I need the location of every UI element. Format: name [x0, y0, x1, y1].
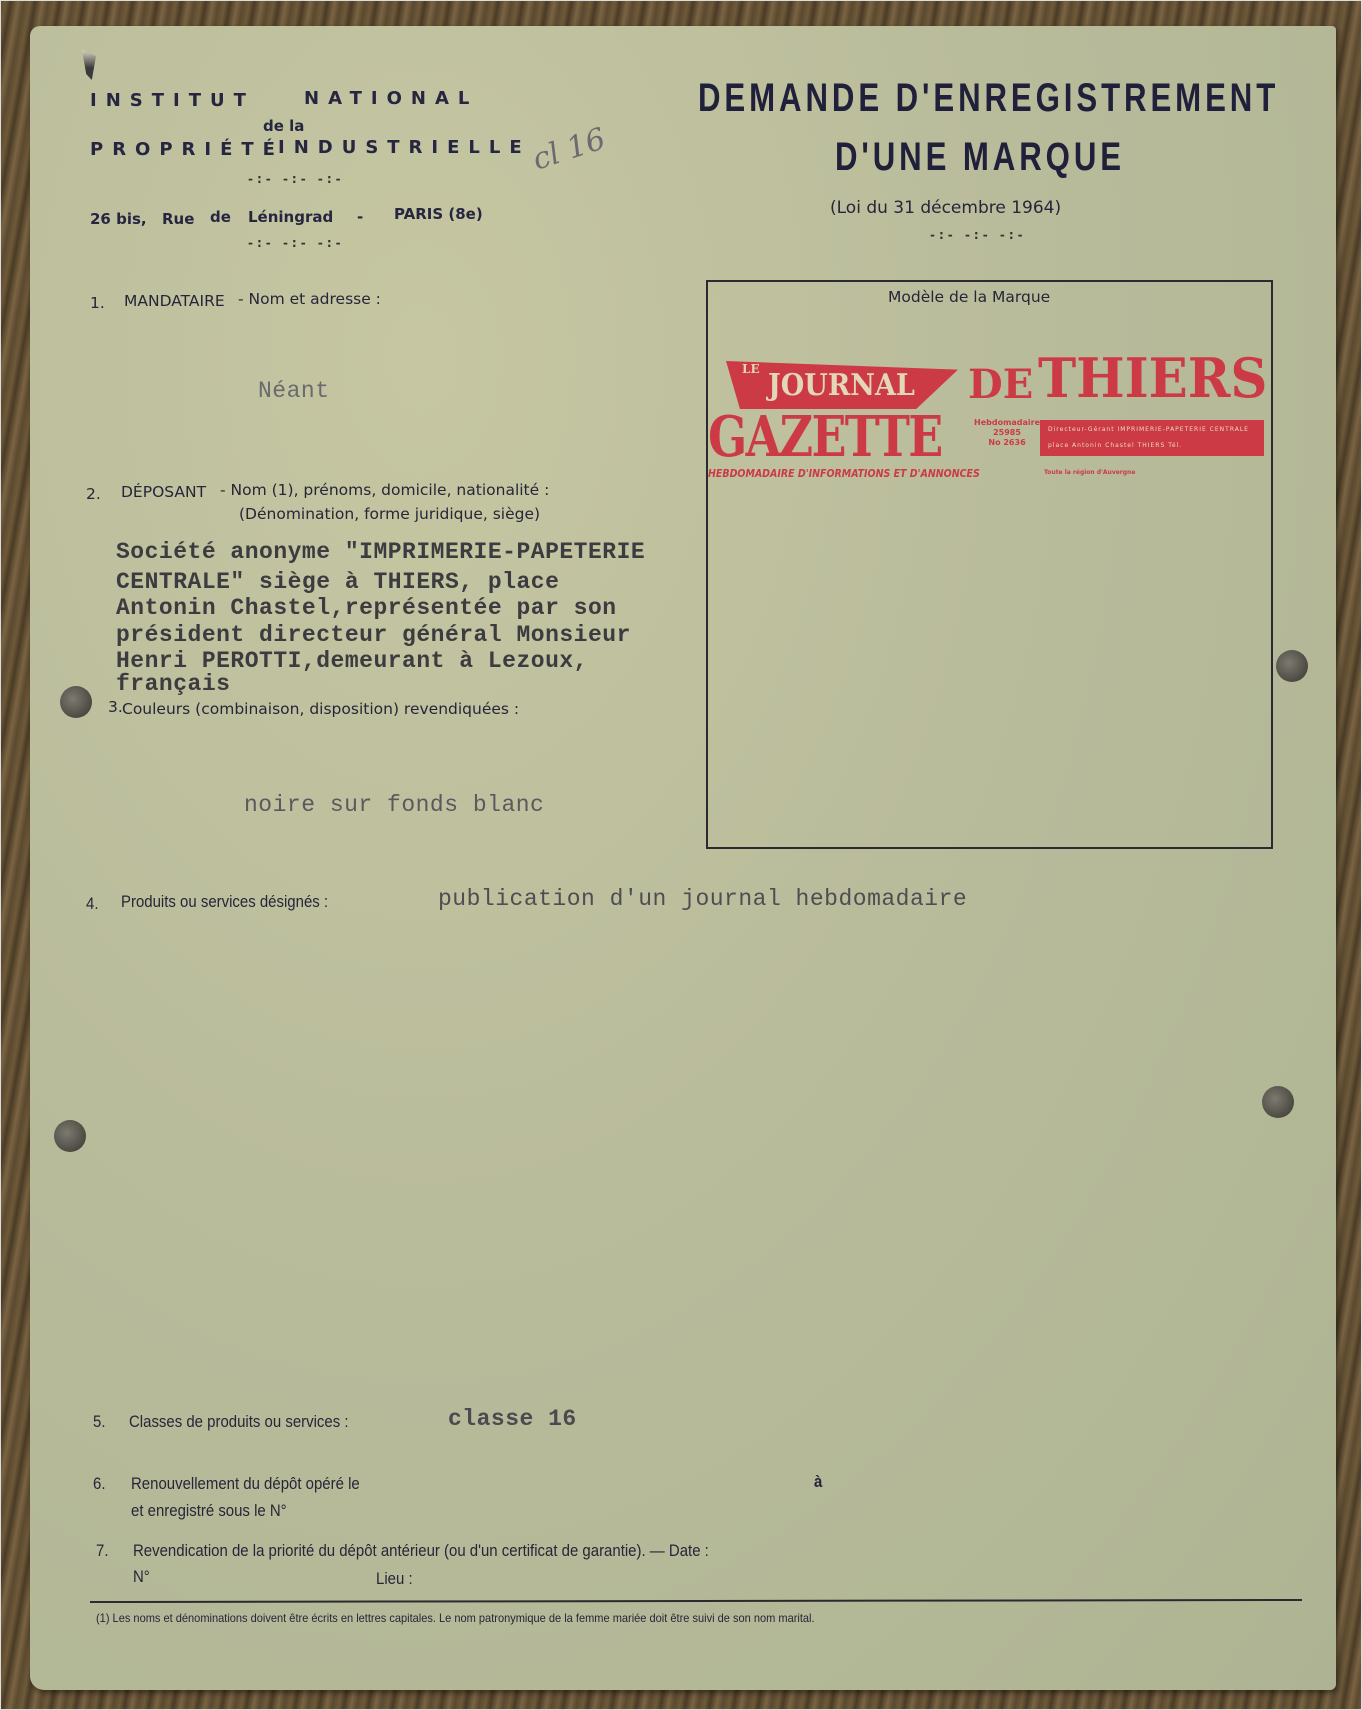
address-street-name: Léningrad: [248, 208, 333, 226]
section-7-place-label: Lieu :: [376, 1569, 413, 1589]
section-7-number-label: N°: [133, 1567, 150, 1587]
section-3-label: Couleurs (combinaison, disposition) reve…: [122, 700, 519, 718]
address-number: 26 bis,: [90, 210, 147, 228]
section-4-number: 4.: [86, 894, 98, 914]
deposant-line: CENTRALE" siège à THIERS, place: [116, 570, 645, 595]
section-4-label: Produits ou services désignés :: [121, 892, 328, 912]
section-2-label: - Nom (1), prénoms, domicile, nationalit…: [220, 481, 549, 499]
institute-name-line3-a: PROPRIÉTÉ: [90, 139, 284, 160]
punch-hole: [54, 1120, 86, 1152]
institute-name-line1-a: INSTITUT: [90, 90, 255, 111]
section-7-label: Revendication de la priorité du dépôt an…: [133, 1541, 709, 1561]
footnote-text: (1) Les noms et dénominations doivent êt…: [96, 1611, 815, 1625]
logo-le: LE: [742, 362, 760, 376]
ornament-divider-3: -:- -:- -:-: [930, 228, 1027, 242]
section-1-number: 1.: [90, 294, 105, 312]
deposant-line: Antonin Chastel,représentée par son: [116, 595, 645, 622]
form-title-line1: DEMANDE D'ENREGISTREMENT: [698, 76, 1279, 121]
mandataire-value[interactable]: Néant: [258, 378, 330, 404]
logo-de: DE: [968, 361, 1033, 408]
section-5-label: Classes de produits ou services :: [129, 1412, 349, 1432]
form-title-line2: D'UNE MARQUE: [835, 135, 1125, 180]
institute-name-line3-b: INDUSTRIELLE: [278, 137, 531, 158]
footnote-rule: [90, 1599, 1302, 1603]
deposant-line: Société anonyme "IMPRIMERIE-PAPETERIE: [116, 534, 645, 570]
form-subtitle-law: (Loi du 31 décembre 1964): [830, 198, 1061, 218]
trademark-registration-form: INSTITUT NATIONAL de la PROPRIÉTÉ INDUST…: [30, 26, 1336, 1690]
section-1-label-bold: MANDATAIRE: [124, 292, 225, 310]
institute-name-line2: de la: [263, 117, 304, 135]
section-1-label: - Nom et adresse :: [238, 290, 381, 308]
trademark-model-label: Modèle de la Marque: [888, 288, 1050, 306]
section-2-sub-label: (Dénomination, forme juridique, siège): [239, 505, 540, 523]
punch-hole: [60, 686, 92, 718]
classes-value[interactable]: classe 16: [448, 1406, 577, 1432]
ornament-divider-2: -:- -:- -:-: [248, 236, 345, 250]
section-6-label-line1: Renouvellement du dépôt opéré le: [131, 1474, 360, 1494]
colors-value[interactable]: noire sur fonds blanc: [244, 792, 544, 818]
section-6-at: à: [814, 1472, 822, 1492]
logo-tagline: HEBDOMADAIRE D'INFORMATIONS ET D'ANNONCE…: [708, 468, 980, 480]
section-2-label-bold: DÉPOSANT: [121, 483, 206, 501]
section-2-number: 2.: [86, 485, 101, 503]
logo-side-info: Hebdomadaire 25985 No 2636: [974, 418, 1040, 448]
ornament-divider: -:- -:- -:-: [248, 172, 345, 186]
handwritten-class-note: cl 16: [528, 121, 609, 177]
punch-hole: [1276, 650, 1308, 682]
logo-gazette: GAZETTE: [708, 404, 942, 470]
logo-thiers: THIERS: [1038, 346, 1267, 410]
deposant-line: président directeur général Monsieur: [116, 622, 645, 649]
section-6-label-line2: et enregistré sous le N°: [131, 1501, 287, 1521]
logo-info-bar-text-1: Directeur-Gérant IMPRIMERIE-PAPETERIE CE…: [1048, 426, 1249, 433]
section-5-number: 5.: [93, 1412, 105, 1432]
section-3-number: 3.: [108, 698, 123, 716]
logo-info-bar-text-2: place Antonin Chastel THIERS Tél.: [1048, 442, 1182, 449]
address-dash: -: [357, 208, 363, 226]
staple-tear-mark: [82, 50, 96, 80]
logo-small-line: Toute la région d'Auvergne: [1044, 468, 1135, 478]
institute-name-line1-b: NATIONAL: [304, 88, 478, 109]
section-7-number: 7.: [96, 1541, 108, 1561]
deposant-value[interactable]: Société anonyme "IMPRIMERIE-PAPETERIE CE…: [116, 534, 645, 694]
address-street-de: de: [210, 208, 231, 226]
section-6-number: 6.: [93, 1474, 105, 1494]
address-city: PARIS (8e): [394, 205, 483, 223]
punch-hole: [1262, 1086, 1294, 1118]
address-street-rue: Rue: [162, 210, 194, 228]
deposant-line: français: [116, 674, 645, 694]
products-value[interactable]: publication d'un journal hebdomadaire: [438, 886, 967, 912]
logo-journal: JOURNAL: [768, 368, 915, 403]
